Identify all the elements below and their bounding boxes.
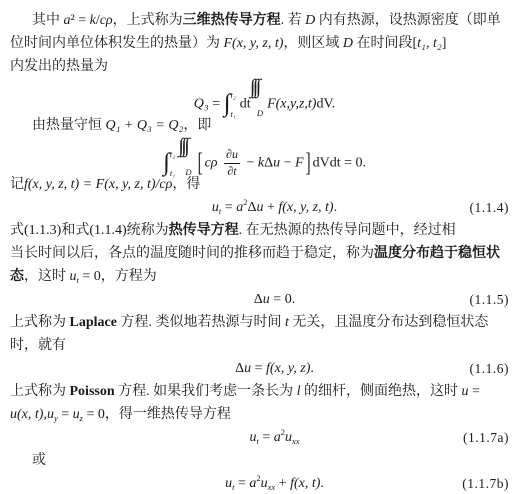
math-run: f(x, y, z, t) = F(x, y, z, t)/cρ: [24, 177, 172, 192]
text-run: =: [259, 430, 274, 445]
math-run: u: [263, 292, 270, 307]
math-run: D: [343, 36, 353, 51]
text-run: = 0，得一维热传导方程: [83, 407, 231, 422]
text-run: +: [275, 476, 290, 491]
math-run: u: [462, 384, 469, 399]
math-run: f(x, t): [290, 476, 320, 491]
text-line: 态，这时 ut = 0，方程为: [10, 265, 509, 288]
text-line: 内发出的热量为: [10, 55, 509, 78]
text-run: 在时间段[: [353, 36, 417, 51]
text-run: dVdt = 0.: [313, 156, 366, 171]
text-run: =: [209, 97, 224, 112]
text-line: 上式称为 Poisson 方程. 如果我们考虑一条长为 l 的细杆，侧面绝热，这…: [10, 380, 509, 403]
numbered-equation-116: Δu = f(x, y, z).(1.1.6): [10, 357, 509, 380]
text-run: ，这时: [24, 269, 70, 284]
lower-limit: t₁: [230, 110, 235, 119]
integral-sign: ∫: [224, 91, 231, 116]
text-run: ,: [426, 36, 433, 51]
numbered-equation-115: Δu = 0.(1.1.5): [10, 288, 509, 311]
equation-body: Δu = f(x, y, z).: [235, 361, 314, 376]
equation-number: (1.1.7b): [462, 472, 509, 494]
text-run: 的细杆，侧面绝热，这时: [301, 384, 462, 399]
fraction-denominator: ∂t: [227, 164, 236, 179]
text-line: 式(1.1.3)和式(1.1.4)统称为热传导方程. 在无热源的热传导问题中，经…: [10, 219, 509, 242]
text-run: 无关，且温度分布达到稳恒状态: [289, 315, 489, 330]
text-run: dt: [240, 97, 251, 112]
text-line: 位时间内单位体积发生的热量）为 F(x, y, z, t)，则区域 D 在时间段…: [10, 32, 509, 55]
text-run: 上式称为: [10, 384, 70, 399]
text-line: 当长时间以后，各点的温度随时间的推移而趋于稳定，称为温度分布趋于稳恒状: [10, 242, 509, 265]
math-run: u: [261, 476, 268, 491]
upper-limit: t₂: [170, 150, 175, 159]
text-run: 当长时间以后，各点的温度随时间的推移而趋于稳定，称为: [10, 246, 374, 261]
equation-number: (1.1.5): [470, 288, 510, 311]
integral-domain: D: [257, 95, 263, 131]
math-run: u: [47, 407, 54, 422]
upper-limit: t₂: [230, 91, 235, 100]
math-run: Q₃: [194, 97, 209, 112]
equation-body: ut = a2uxx + f(x, t).: [225, 476, 324, 491]
math-run: a: [274, 430, 281, 445]
bold-run: Laplace: [70, 315, 117, 330]
text-run: = 0，方程为: [79, 269, 157, 284]
text-run: Δ: [264, 156, 273, 171]
triple-integral: ∫∫∫D: [256, 78, 264, 131]
text-line: 上式称为 Laplace 方程. 类似地若热源与时间 t 无关，且温度分布达到稳…: [10, 311, 509, 334]
math-run: t₂: [433, 36, 442, 51]
text-line: 记f(x, y, z, t) = F(x, y, z, t)/cρ，得: [10, 173, 509, 196]
text-run: ]: [442, 36, 447, 51]
numbered-equation-117b: ut = a2uxx + f(x, t).(1.1.7b): [10, 472, 509, 494]
text-run: .: [334, 200, 338, 215]
document-page: 其中 a² = k/cρ，上式称为三维热传导方程. 若 D 内有热源，设热源密度…: [0, 0, 521, 494]
math-run: u: [73, 407, 80, 422]
integral-limits: t₂t₁: [230, 91, 235, 119]
text-run: −: [280, 156, 295, 171]
text-run: 方程. 类似地若热源与时间: [117, 315, 285, 330]
text-run: ，上式称为: [113, 13, 183, 28]
math-run: Q₁ + Q₃ = Q₂: [106, 118, 184, 133]
bold-run: 态: [10, 269, 24, 284]
bold-run: 热传导方程: [169, 223, 239, 238]
text-run: .: [320, 476, 324, 491]
math-run: u: [285, 430, 292, 445]
text-run: =: [58, 407, 73, 422]
text-run: ，得: [172, 177, 200, 192]
equation-number: (1.1.6): [470, 357, 510, 380]
math-run: F: [295, 156, 304, 171]
text-run: Δ: [235, 361, 244, 376]
text-run: 记: [10, 177, 24, 192]
math-run: D: [305, 13, 315, 28]
math-run: f(x, y, z): [266, 361, 310, 376]
equation-body: Δu = 0.: [254, 292, 295, 307]
text-run: dV.: [316, 97, 335, 112]
fraction-numerator: ∂u: [224, 148, 240, 164]
text-run: +: [263, 200, 278, 215]
math-run: f(x, y, z, t): [278, 200, 333, 215]
text-run: ，即: [183, 118, 211, 133]
text-run: =: [251, 361, 266, 376]
integral-sign: ∫: [163, 150, 170, 175]
text-run: 式(1.1.3)和式(1.1.4)统称为: [10, 223, 169, 238]
text-run: 内有热源，设热源密度（即单: [315, 13, 501, 28]
text-run: 位时间内单位体积发生的热量）为: [10, 36, 224, 51]
text-run: 内发出的热量为: [10, 59, 108, 74]
text-run: 其中: [32, 13, 64, 28]
text-line: 或: [10, 449, 509, 472]
math-run: u(x, t): [10, 407, 43, 422]
text-run: =: [234, 476, 249, 491]
text-run: ² =: [71, 13, 90, 28]
fraction: ∂u∂t: [224, 148, 240, 179]
text-run: 或: [32, 453, 46, 468]
math-run: F(x,y,z,t): [267, 97, 316, 112]
text-run: . 在无热源的热传导问题中，经过相: [239, 223, 456, 238]
text-run: −: [243, 156, 258, 171]
text-line: 时，就有: [10, 334, 509, 357]
bold-run: 温度分布趋于稳恒状: [374, 246, 500, 261]
math-run: t₁: [417, 36, 426, 51]
text-run: =: [221, 200, 236, 215]
text-run: 上式称为: [10, 315, 70, 330]
math-run: F(x, y, z, t): [224, 36, 284, 51]
bold-run: 三维热传导方程: [183, 13, 281, 28]
right-bracket: ]: [306, 132, 311, 195]
text-run: 由热量守恒: [32, 118, 106, 133]
math-run: cρ: [205, 156, 221, 171]
text-run: = 0.: [270, 292, 295, 307]
left-bracket: [: [198, 132, 203, 195]
equation-body: ut = a2uxx: [249, 430, 299, 445]
bold-run: Poisson: [70, 384, 115, 399]
display-equation-Q3: Q₃ = ∫t₂t₁dt∫∫∫DF(x,y,z,t)dV.: [10, 78, 509, 114]
text-line: u(x, t),uy = uz = 0，得一维热传导方程: [10, 403, 509, 426]
equation-number: (1.1.7a): [463, 426, 509, 449]
math-run: cρ: [100, 13, 113, 28]
text-run: ，则区域: [283, 36, 343, 51]
equation-body: ut = a2Δu + f(x, y, z, t).: [212, 200, 337, 215]
text-line: 其中 a² = k/cρ，上式称为三维热传导方程. 若 D 内有热源，设热源密度…: [10, 9, 509, 32]
equation-number: (1.1.4): [470, 196, 510, 219]
math-run: a: [64, 13, 71, 28]
text-run: 方程. 如果我们考虑一条长为: [115, 384, 297, 399]
text-run: .: [310, 361, 314, 376]
numbered-equation-117a: ut = a2uxx(1.1.7a): [10, 426, 509, 449]
math-run: u: [70, 269, 77, 284]
text-run: . 若: [281, 13, 306, 28]
text-run: =: [469, 384, 480, 399]
numbered-equation-114: ut = a2Δu + f(x, y, z, t).(1.1.4): [10, 196, 509, 219]
subscript: xx: [292, 436, 300, 446]
text-run: 时，就有: [10, 338, 66, 353]
math-run: u: [212, 200, 219, 215]
text-run: Δ: [254, 292, 263, 307]
display-equation-conservation: ∫t₂t₁∫∫∫D[cρ ∂u∂t − kΔu − F]dVdt = 0.: [10, 137, 509, 173]
